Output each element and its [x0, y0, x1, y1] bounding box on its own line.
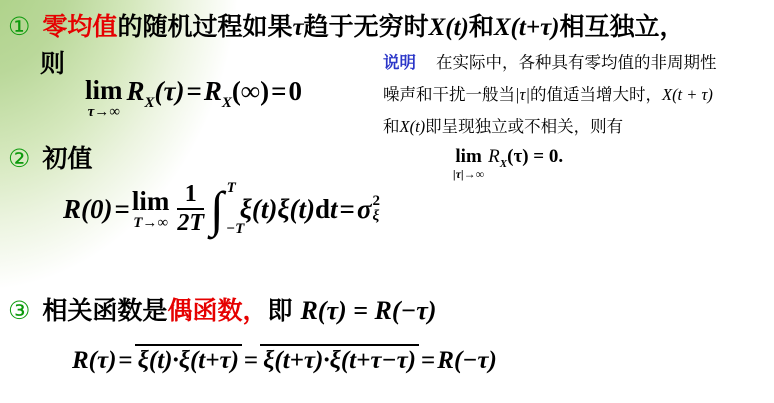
note-text: 在实际中，各种具有零均值的非周期性 — [436, 53, 717, 72]
math-d: d — [315, 194, 330, 224]
math-zero: 0 — [289, 76, 303, 107]
math-r: R — [204, 76, 222, 106]
math-rest: (τ) = 0. — [507, 146, 563, 167]
note-label: 说明 — [383, 53, 416, 72]
item1-text: 的随机过程如果 — [117, 14, 292, 41]
note-text: 的值适当增大时， — [530, 85, 662, 104]
math-r: R — [127, 76, 145, 106]
equals-sign: = — [118, 347, 132, 375]
equals-sign: = — [340, 194, 355, 225]
note-text: 和 — [383, 117, 400, 136]
integral-glyph: ∫ — [210, 181, 224, 237]
note-text: 即呈现独立或不相关，则有 — [425, 117, 623, 136]
math-sigma-term: σ — [357, 194, 372, 225]
integrand: ξ(t)ξ(t)dt — [240, 194, 338, 225]
item2-title: 初值 — [42, 146, 92, 173]
item2-circled-number: ② — [8, 144, 30, 173]
lim-word: lim — [455, 147, 481, 167]
note-line-3: 和X(t)即呈现独立或不相关，则有 — [383, 111, 771, 143]
note-block: 说明在实际中，各种具有零均值的非周期性 噪声和干扰一般当|τ|的值适当增大时，X… — [383, 47, 771, 180]
item1-then-word: 则 — [40, 44, 65, 80]
lim-block: lim T→∞ — [132, 187, 170, 231]
math-x-t-tau: X(t+τ) — [494, 14, 560, 41]
integral-upper-limit: T — [227, 180, 236, 197]
equals-sign: = — [115, 194, 130, 225]
math-tau: τ — [292, 14, 303, 41]
item3-keyword-red: 偶函数， — [167, 291, 267, 327]
overline-term: ξ(t+τ)·ξ(t+τ−τ) — [260, 344, 419, 375]
lim-subscript: τ→∞ — [88, 105, 120, 120]
math-r-neg-tau: R(−τ) — [437, 347, 497, 375]
math-term: RX(∞) — [204, 76, 269, 112]
lim-block: lim |τ|→∞ — [453, 147, 484, 180]
item1-keyword-red: 零均值 — [42, 14, 117, 41]
item3-text: 即 — [267, 291, 292, 327]
item3-heading: ③相关函数是偶函数，即R(τ) = R(−τ) — [8, 291, 436, 327]
item1-text: 和 — [469, 14, 494, 41]
math-sub-x: X — [222, 95, 232, 111]
item1-formula: lim τ→∞ RX(τ) = RX(∞) = 0 — [85, 76, 302, 120]
overline-term: ξ(t)·ξ(t+τ) — [135, 344, 242, 375]
item1-heading: ①零均值的随机过程如果τ趋于无穷时X(t)和X(t+τ)相互独立， — [8, 7, 685, 43]
fraction-denominator: 2T — [177, 211, 204, 236]
equals-sign: = — [244, 347, 258, 375]
math-r: R — [488, 146, 500, 167]
math-xi-product: ξ(t)ξ(t) — [240, 194, 315, 224]
lim-word: lim — [85, 76, 123, 104]
math-r-tau: R(τ) — [72, 347, 116, 375]
math-term: RX(τ) — [127, 76, 185, 112]
item3-text: 相关函数是 — [42, 291, 167, 327]
math-even-relation: R(τ) = R(−τ) — [300, 296, 436, 326]
math-arg: (τ) — [155, 76, 185, 106]
slide: ①零均值的随机过程如果τ趋于无穷时X(t)和X(t+τ)相互独立， 则 lim … — [0, 0, 774, 403]
item3-formula: R(τ) = ξ(t)·ξ(t+τ) = ξ(t+τ)·ξ(t+τ−τ) = R… — [72, 344, 497, 375]
note-formula: lim |τ|→∞ RX(τ) = 0. — [453, 147, 771, 180]
integral-lower-limit: −T — [226, 221, 244, 238]
item2-heading: ②初值 — [8, 139, 92, 175]
lim-subscript: T→∞ — [133, 216, 168, 231]
integral: ∫ T −T — [210, 181, 224, 237]
math-term: RX(τ) = 0. — [488, 147, 563, 170]
sigma-superscript: 2 — [373, 194, 381, 209]
math-xi-product: ξ(t)·ξ(t+τ) — [138, 347, 239, 374]
lim-word: lim — [132, 187, 170, 215]
math-x-t-tau: X(t + τ) — [662, 85, 713, 104]
math-x-t: X(t) — [429, 14, 469, 41]
fraction: 1 2T — [177, 182, 204, 236]
equals-sign: = — [271, 76, 286, 107]
math-abs-tau: |τ| — [515, 85, 530, 104]
math-x-t: X(t) — [400, 117, 426, 136]
equals-sign: = — [421, 347, 435, 375]
item1-circled-number: ① — [8, 12, 30, 41]
math-r0: R(0) — [63, 194, 113, 225]
fraction-numerator: 1 — [185, 182, 197, 207]
sigma-subscript: ξ — [373, 209, 381, 224]
item1-text: 趋于无穷时 — [304, 14, 429, 41]
item1-text: 相互独立， — [560, 14, 685, 41]
sigma-scripts: 2 ξ — [373, 194, 381, 224]
note-line-1: 说明在实际中，各种具有零均值的非周期性 — [383, 47, 771, 79]
math-arg: (∞) — [232, 76, 269, 106]
note-text: 噪声和干扰一般当 — [383, 85, 515, 104]
math-t: t — [330, 194, 338, 224]
equals-sign: = — [187, 76, 202, 107]
math-sub-x: X — [145, 95, 155, 111]
item2-formula: R(0) = lim T→∞ 1 2T ∫ T −T ξ(t)ξ(t)dt = … — [63, 177, 380, 241]
math-xi-product: ξ(t+τ)·ξ(t+τ−τ) — [263, 347, 416, 374]
item3-circled-number: ③ — [8, 296, 30, 325]
note-line-2: 噪声和干扰一般当|τ|的值适当增大时，X(t + τ) — [383, 79, 771, 111]
math-sigma: σ — [357, 194, 372, 224]
lim-block: lim τ→∞ — [85, 76, 123, 120]
lim-subscript: |τ|→∞ — [453, 168, 484, 180]
